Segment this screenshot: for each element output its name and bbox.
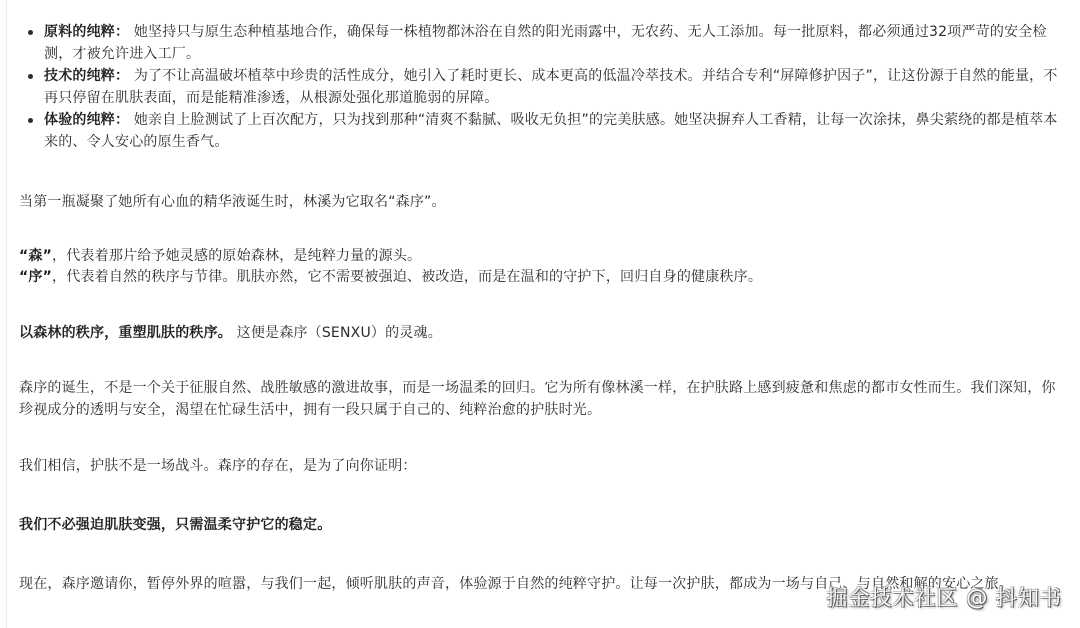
left-border-rule (6, 0, 7, 628)
purity-bullet-list: 原料的纯粹： 她坚持只与原生态种植基地合作，确保每一株植物都沐浴在自然的阳光雨露… (19, 21, 1069, 153)
bullet-title: 原料的纯粹： (44, 24, 129, 40)
bullet-text: 她亲自上脸测试了上百次配方，只为找到那种“清爽不黏腻、吸收无负担”的完美肤感。她… (44, 112, 1058, 150)
bullet-item-experience: 体验的纯粹： 她亲自上脸测试了上百次配方，只为找到那种“清爽不黏腻、吸收无负担”… (19, 109, 1069, 153)
bullet-title: 技术的纯粹： (44, 68, 129, 84)
bullet-text: 她坚持只与原生态种植基地合作，确保每一株植物都沐浴在自然的阳光雨露中，无农药、无… (44, 24, 1047, 62)
bullet-item-raw-material: 原料的纯粹： 她坚持只与原生态种植基地合作，确保每一株植物都沐浴在自然的阳光雨露… (19, 21, 1069, 65)
belief-paragraph: 我们相信，护肤不是一场战斗。森序的存在，是为了向你证明： (19, 455, 1064, 477)
bullet-item-technology: 技术的纯粹： 为了不让高温破坏植萃中珍贵的活性成分，她引入了耗时更长、成本更高的… (19, 65, 1069, 109)
bullet-dot-icon (28, 30, 33, 35)
naming-paragraph: 当第一瓶凝聚了她所有心血的精华液诞生时，林溪为它取名“森序”。 (19, 191, 1064, 213)
bullet-text: 为了不让高温破坏植萃中珍贵的活性成分，她引入了耗时更长、成本更高的低温冷萃技术。… (44, 68, 1058, 106)
sen-term: “森” (19, 248, 52, 264)
xu-term: “序” (19, 269, 52, 285)
bullet-title: 体验的纯粹： (44, 112, 129, 128)
watermark: 掘金技术社区 @ 抖知书 (827, 582, 1062, 612)
bullet-dot-icon (28, 74, 33, 79)
sen-definition: “森”，代表着那片给予她灵感的原始森林，是纯粹力量的源头。 (19, 245, 1064, 267)
xu-definition: “序”，代表着自然的秩序与节律。肌肤亦然，它不需要被强迫、被改造，而是在温和的守… (19, 266, 1064, 288)
soul-line: 以森林的秩序，重塑肌肤的秩序。 这便是森序（SENXU）的灵魂。 (19, 322, 1064, 344)
bold-statement: 我们不必强迫肌肤变强，只需温柔守护它的稳定。 (19, 514, 1064, 536)
bullet-dot-icon (28, 118, 33, 123)
birth-paragraph: 森序的诞生，不是一个关于征服自然、战胜敏感的激进故事，而是一场温柔的回归。它为所… (19, 377, 1064, 421)
soul-bold: 以森林的秩序，重塑肌肤的秩序。 (19, 325, 232, 341)
soul-text: 这便是森序（SENXU）的灵魂。 (232, 325, 442, 341)
sen-text: ，代表着那片给予她灵感的原始森林，是纯粹力量的源头。 (52, 248, 421, 264)
xu-text: ，代表着自然的秩序与节律。肌肤亦然，它不需要被强迫、被改造，而是在温和的守护下，… (52, 269, 762, 285)
